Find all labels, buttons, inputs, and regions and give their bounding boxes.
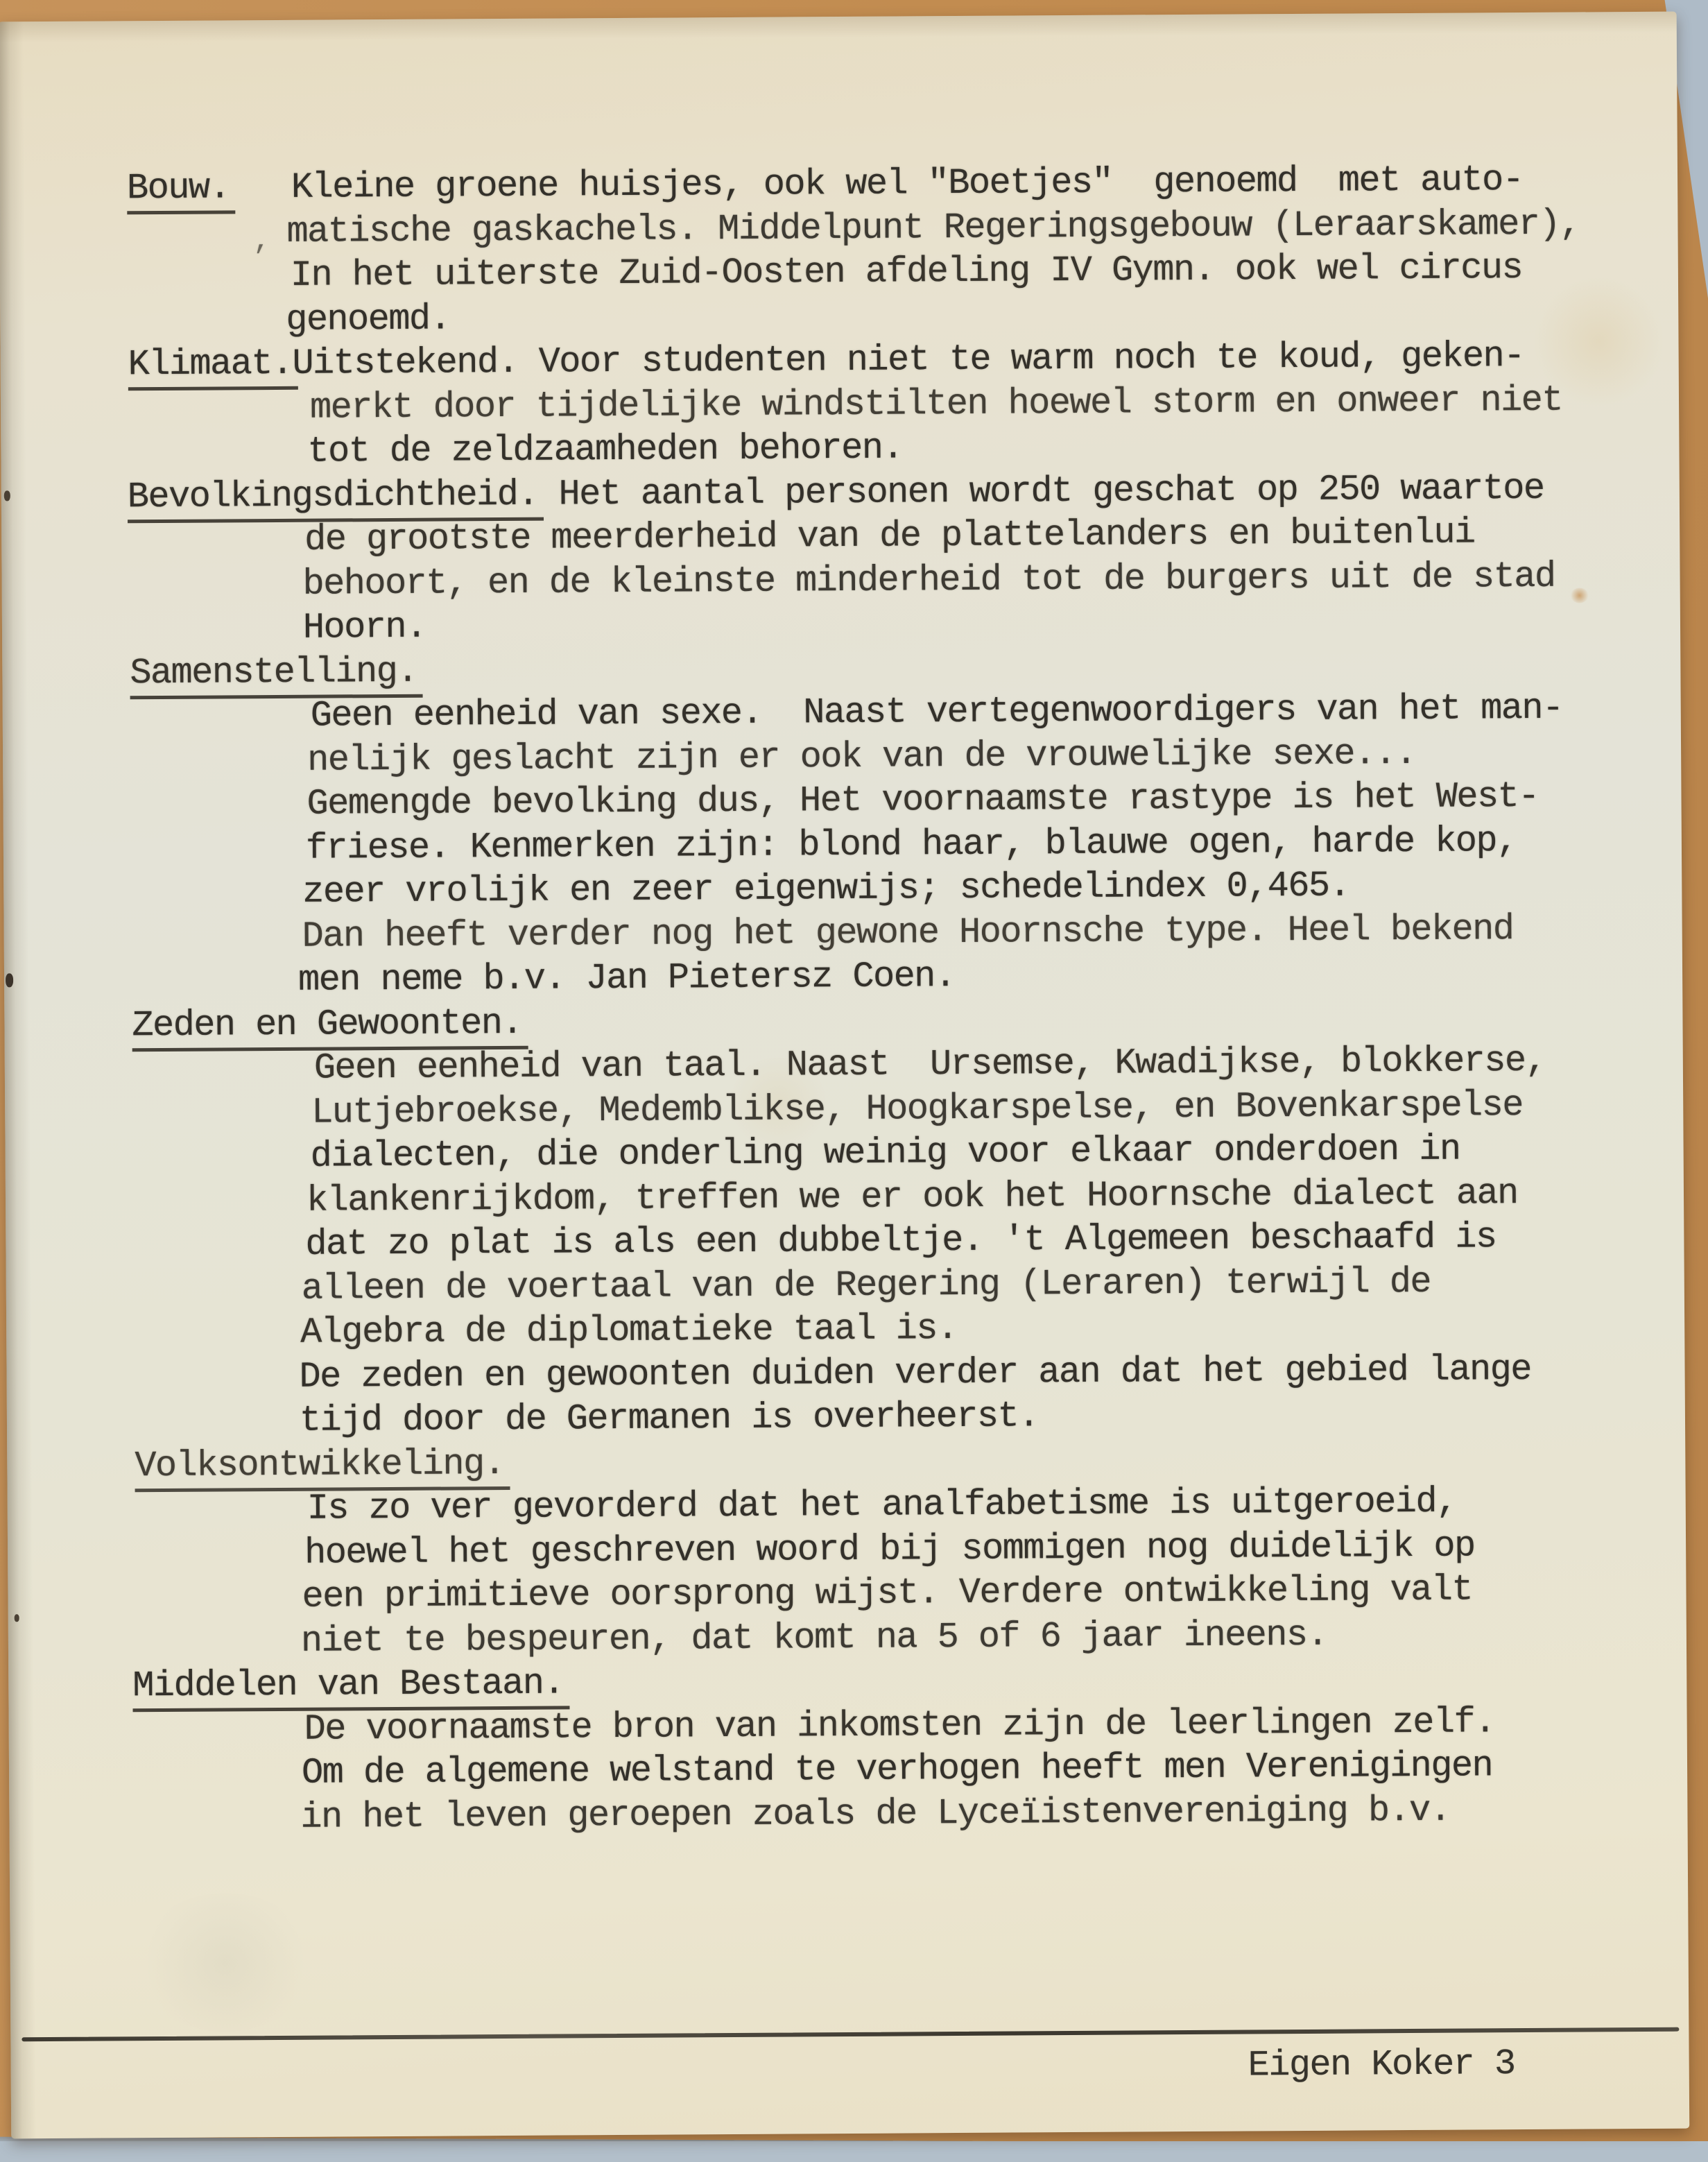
text-run: een primitieve oorsprong wijst. Verdere … <box>302 1569 1472 1617</box>
text-line: hoewel het geschreven woord bij sommigen… <box>304 1528 1475 1571</box>
text-run: Om de algemene welstand te verhogen heef… <box>302 1745 1492 1793</box>
text-line: dialecten, die onderling weinig voor elk… <box>310 1132 1460 1175</box>
text-run: niet te bespeuren, dat komt na 5 of 6 ja… <box>301 1615 1328 1662</box>
document-page: Bouw. Kleine groene huisjes, ook wel "Bo… <box>0 12 1689 2139</box>
stray-mark: , <box>253 224 269 260</box>
text-line: Om de algemene welstand te verhogen heef… <box>302 1748 1492 1791</box>
text-line: klankenrijkdom, treffen we er ook het Ho… <box>307 1176 1518 1219</box>
text-line: Bevolkingsdichtheid. Het aantal personen… <box>128 471 1544 515</box>
text-run: Gemengde bevolking dus, Het voornaamste … <box>307 776 1539 825</box>
section-heading: Volksontwikkeling. <box>135 1443 510 1492</box>
text-run: nelijk geslacht zijn er ook van de vrouw… <box>307 733 1416 781</box>
text-run: Lutjebroekse, Medemblikse, Hoogkarspelse… <box>311 1085 1523 1133</box>
text-line: nelijk geslacht zijn er ook van de vrouw… <box>307 736 1416 779</box>
text-run: tot de zeldzaamheden behoren. <box>307 427 903 472</box>
text-line: Bouw. Kleine groene huisjes, ook wel "Bo… <box>127 162 1523 207</box>
text-run: merkt door tijdelijke windstilten hoewel… <box>310 380 1562 429</box>
text-line: tot de zeldzaamheden behoren. <box>307 430 903 470</box>
text-line: Lutjebroekse, Medemblikse, Hoogkarspelse… <box>311 1088 1523 1131</box>
text-line: alleen de voertaal van de Regering (Lera… <box>302 1264 1431 1307</box>
text-line: in het leven geroepen zoals de Lyceïiste… <box>300 1793 1450 1836</box>
text-line: zeer vrolijk en zeer eigenwijs; schedeli… <box>302 868 1349 911</box>
section-heading: Samenstelling. <box>130 651 423 700</box>
text-run: zeer vrolijk en zeer eigenwijs; schedeli… <box>302 866 1349 913</box>
text-run: Hoorn. <box>303 607 426 649</box>
text-run: tijd door de Germanen is overheerst. <box>300 1396 1039 1441</box>
text-line: behoort, en de kleinste minderheid tot d… <box>302 559 1555 603</box>
section-heading: Bouw. <box>127 167 235 214</box>
text-run: alleen de voertaal van de Regering (Lera… <box>302 1262 1431 1310</box>
text-line: niet te bespeuren, dat komt na 5 of 6 ja… <box>301 1618 1328 1660</box>
text-run: genoemd. <box>286 298 450 340</box>
text-run: Het aantal personen wordt geschat op 250… <box>538 468 1544 515</box>
text-line: Dan heeft verder nog het gewone Hoornsch… <box>302 911 1514 955</box>
scanner-bed-bottom <box>0 2141 1708 2162</box>
text-line: In het uiterste Zuid-Oosten afdeling IV … <box>291 250 1523 294</box>
text-line: Middelen van Bestaan. <box>132 1665 564 1704</box>
text-line: Zeden en Gewoonten. <box>132 1006 522 1044</box>
text-line: Geen eenheid van sexe. Naast vertegenwoo… <box>311 691 1563 735</box>
text-run: de grootste meerderheid van de plattelan… <box>304 512 1475 560</box>
text-run: dialecten, die onderling weinig voor elk… <box>310 1129 1460 1177</box>
text-run: Is zo ver gevorderd dat het analfabetism… <box>307 1482 1457 1529</box>
text-run: dat zo plat is als een dubbeltje. 't Alg… <box>305 1217 1496 1264</box>
text-line: merkt door tijdelijke windstilten hoewel… <box>310 383 1562 427</box>
text-run: Algebra de diplomatieke taal is. <box>300 1308 958 1353</box>
text-run: Geen eenheid van sexe. Naast vertegenwoo… <box>311 688 1563 737</box>
text-line: De zeden en gewoonten duiden verder aan … <box>299 1352 1531 1396</box>
text-run: men neme b.v. Jan Pietersz Coen. <box>298 956 956 1001</box>
text-run: Geen eenheid van taal. Naast Ursemse, Kw… <box>314 1040 1546 1089</box>
text-line: Klimaat.Uitstekend. Voor studenten niet … <box>128 338 1524 383</box>
text-line: Volksontwikkeling. <box>135 1446 504 1484</box>
page-number: Eigen Koker 3 <box>1248 2043 1515 2086</box>
text-line: Hoorn. <box>303 610 426 646</box>
text-line: matische gaskachels. Middelpunt Regering… <box>286 206 1580 250</box>
section-heading: Klimaat. <box>128 343 297 391</box>
text-line: genoemd. <box>286 301 450 338</box>
text-line: Gemengde bevolking dus, Het voornaamste … <box>307 779 1539 823</box>
section-heading: Middelen van Bestaan. <box>132 1663 569 1712</box>
text-run: De zeden en gewoonten duiden verder aan … <box>299 1349 1531 1398</box>
text-run: Kleine groene huisjes, ook wel "Boetjes"… <box>230 160 1523 208</box>
text-run: De voornaamste bron van inkomsten zijn d… <box>304 1701 1494 1749</box>
text-line: Algebra de diplomatieke taal is. <box>300 1311 958 1351</box>
text-line: Is zo ver gevorderd dat het analfabetism… <box>307 1484 1457 1527</box>
text-line: Samenstelling. <box>130 654 417 692</box>
text-line: De voornaamste bron van inkomsten zijn d… <box>304 1704 1495 1747</box>
section-heading: Zeden en Gewoonten. <box>132 1003 528 1052</box>
text-run: Dan heeft verder nog het gewone Hoornsch… <box>302 909 1514 957</box>
text-line: tijd door de Germanen is overheerst. <box>300 1398 1039 1439</box>
typewritten-text: Bouw. Kleine groene huisjes, ook wel "Bo… <box>0 12 1689 2139</box>
text-run: Uitstekend. Voor studenten niet te warm … <box>292 336 1524 384</box>
text-line: een primitieve oorsprong wijst. Verdere … <box>302 1572 1472 1615</box>
text-line: dat zo plat is als een dubbeltje. 't Alg… <box>305 1219 1496 1262</box>
text-run: , <box>253 226 269 257</box>
scan-background: Bouw. Kleine groene huisjes, ook wel "Bo… <box>0 0 1708 2162</box>
text-run: hoewel het geschreven woord bij sommigen… <box>304 1525 1475 1573</box>
text-run: klankenrijkdom, treffen we er ook het Ho… <box>307 1173 1518 1221</box>
text-line: friese. Kenmerken zijn: blond haar, blau… <box>306 823 1517 867</box>
text-run: friese. Kenmerken zijn: blond haar, blau… <box>306 821 1517 869</box>
section-heading: Bevolkingsdichtheid. <box>128 474 544 524</box>
text-run: In het uiterste Zuid-Oosten afdeling IV … <box>291 248 1523 296</box>
text-line: de grootste meerderheid van de plattelan… <box>304 515 1475 558</box>
text-run: behoort, en de kleinste minderheid tot d… <box>302 556 1555 605</box>
text-run: matische gaskachels. Middelpunt Regering… <box>286 203 1580 252</box>
text-line: Geen eenheid van taal. Naast Ursemse, Kw… <box>314 1043 1546 1087</box>
text-line: men neme b.v. Jan Pietersz Coen. <box>298 959 956 999</box>
text-run: in het leven geroepen zoals de Lyceïiste… <box>300 1790 1450 1838</box>
